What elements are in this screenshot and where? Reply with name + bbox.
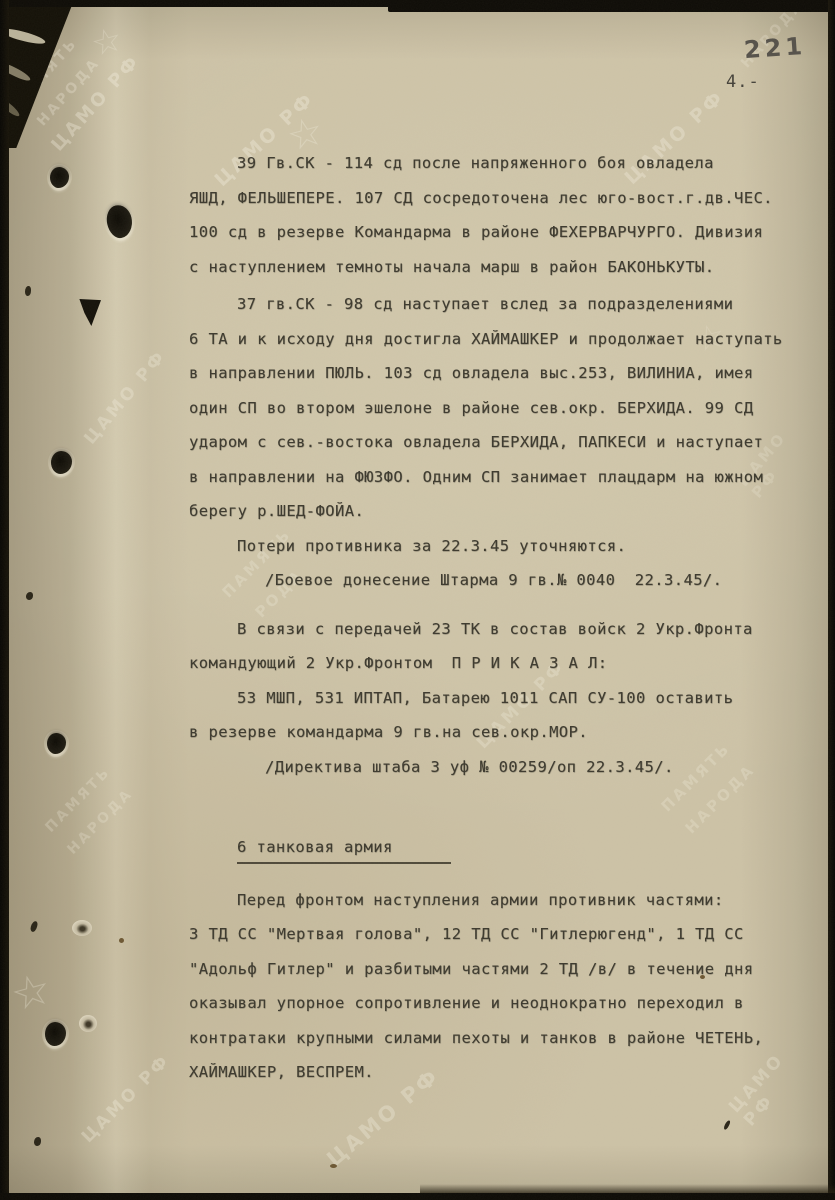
paper-speck [330, 1164, 337, 1168]
watermark-star-icon: ☆ [87, 18, 130, 65]
document-line: с наступлением темноты начала марш в рай… [189, 250, 809, 285]
watermark-text: ЦАМО РФ [47, 51, 144, 156]
watermark-text: ЦАМО РФ [80, 346, 170, 448]
document-line: 37 гв.СК - 98 сд наступает вслед за подр… [189, 287, 809, 322]
punch-hole [78, 299, 101, 326]
document-line: 6 танковая армия [189, 830, 809, 865]
paper-speck [72, 920, 92, 936]
paper-speck [723, 1120, 731, 1131]
document-line: контратаки крупными силами пехоты и танк… [189, 1021, 809, 1056]
paper-speck [34, 1137, 41, 1146]
document-line: "Адольф Гитлер" и разбитыми частями 2 ТД… [189, 952, 809, 987]
document-line: в направлении на ФЮЗФО. Одним СП занимае… [189, 460, 809, 495]
scan-edge-bottom [0, 1193, 835, 1200]
document-line: один СП во втором эшелоне в районе сев.о… [189, 391, 809, 426]
paper-speck [30, 920, 39, 932]
scan-edge-top-right [388, 0, 835, 12]
watermark-text: ЦАМО РФ [78, 1051, 175, 1148]
punch-hole [50, 167, 69, 188]
document-text-block: 39 Гв.СК - 114 сд после напряженного боя… [189, 146, 809, 1090]
document-line: 100 сд в резерве Командарма в районе ФЕХ… [189, 215, 809, 250]
document-line: Потери противника за 22.3.45 уточняются. [189, 529, 809, 564]
punch-hole [104, 203, 135, 240]
scan-edge-right [828, 0, 835, 1200]
paper-speck [25, 286, 31, 296]
underlined-heading: 6 танковая армия [237, 835, 451, 864]
punch-hole [47, 733, 66, 754]
document-line: /Директива штаба 3 уф № 00259/оп 22.3.45… [189, 750, 809, 785]
paper-speck [79, 1015, 97, 1032]
punch-hole [51, 451, 72, 474]
document-line: 3 ТД СС "Мертвая голова", 12 ТД СС "Гитл… [189, 917, 809, 952]
paper-speck [700, 975, 705, 979]
watermark-text: НАРОДА [64, 786, 136, 858]
document-line: В связи с передачей 23 ТК в состав войск… [189, 612, 809, 647]
document-line: ХАЙМАШКЕР, ВЕСПРЕМ. [189, 1055, 809, 1090]
document-line: ЯШД, ФЕЛЬШЕПЕРЕ. 107 СД сосредоточена ле… [189, 181, 809, 216]
document-line: Перед фронтом наступления армии противни… [189, 883, 809, 918]
pencil-page-number: 221 [743, 32, 807, 64]
watermark-text: ПАМЯТЬ [42, 764, 114, 836]
watermark-star-icon: ☆ [5, 962, 59, 1022]
document-line: /Боевое донесение Штарма 9 гв.№ 0040 22.… [189, 563, 809, 598]
document-line: командующий 2 Укр.Фронтом П Р И К А З А … [189, 646, 809, 681]
punch-hole [45, 1022, 66, 1046]
document-line: 39 Гв.СК - 114 сд после напряженного боя… [189, 146, 809, 181]
paper-speck [26, 592, 33, 600]
paper-speck [119, 938, 124, 943]
document-line: оказывал упорное сопротивление и неоднок… [189, 986, 809, 1021]
scanned-document-page: ПАМЯТЬНАРОДАЦАМО РФ☆ЦАМО РФ☆ЦАМО РФНАРОД… [0, 0, 835, 1200]
scan-edge-left [0, 0, 9, 1200]
document-line: 53 МШП, 531 ИПТАП, Батарею 1011 САП СУ-1… [189, 681, 809, 716]
document-line: 6 ТА и к исходу дня достигла ХАЙМАШКЕР и… [189, 322, 809, 357]
document-line: ударом с сев.-востока овладела БЕРХИДА, … [189, 425, 809, 460]
typed-page-number: 4.- [726, 72, 760, 92]
document-line: в направлении ПЮЛЬ. 103 сд овладела выс.… [189, 356, 809, 391]
document-line: в резерве командарма 9 гв.на сев.окр.МОР… [189, 715, 809, 750]
document-line: берегу р.ШЕД-ФОЙА. [189, 494, 809, 529]
